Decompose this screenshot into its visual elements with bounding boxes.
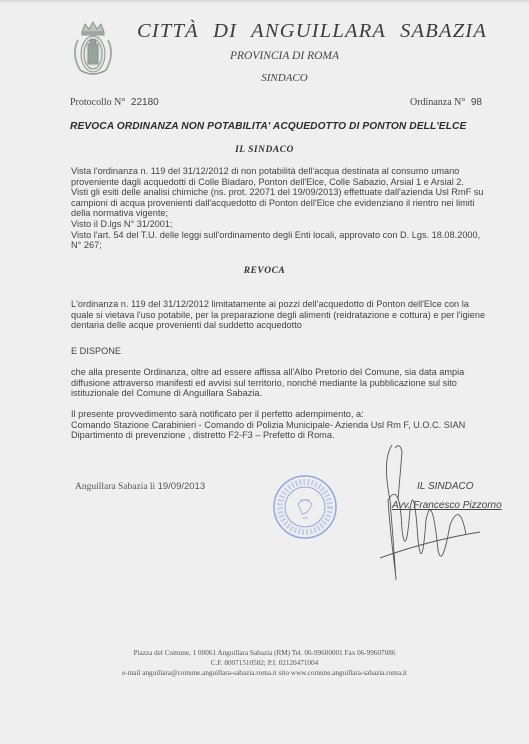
coat-of-arms-icon (68, 20, 118, 78)
date: 19/09/2013 (158, 481, 206, 492)
protocollo-number: 22180 (131, 97, 159, 108)
premise-3: Visto il D.lgs N° 31/2001; (71, 219, 491, 230)
footer-address: Piazza del Comune, 1 00061 Anguillara Sa… (0, 648, 529, 658)
province-name: PROVINCIA DI ROMA (0, 50, 529, 62)
premise-1: Vista l'ordinanza n. 119 del 31/12/2012 … (71, 166, 491, 187)
il-sindaco-heading: IL SINDACO (0, 145, 529, 155)
footer-tax-ids: C.F. 80071510582; P.I. 02120471004 (0, 658, 529, 668)
official-stamp-icon (272, 474, 338, 540)
revoca-heading: REVOCA (0, 266, 529, 276)
signature-icon (380, 440, 490, 585)
footer-contacts: e-mail anguillara@comune.anguillara-saba… (0, 668, 529, 678)
dispone-text: che alla presente Ordinanza, oltre ad es… (71, 367, 491, 399)
dispone-heading: E DISPONE (71, 346, 491, 357)
protocollo-label: Protocollo N° (70, 97, 125, 108)
place-label: Anguillara Sabazia lì (75, 482, 155, 492)
ordinanza-number: 98 (471, 97, 482, 108)
premises: Vista l'ordinanza n. 119 del 31/12/2012 … (71, 166, 491, 251)
notifica-intro: Il presente provvedimento sarà notificat… (71, 409, 491, 420)
ordinanza-label: Ordinanza N° (410, 97, 465, 108)
ordinanza: Ordinanza N° 98 (410, 97, 482, 108)
revoca-text: L'ordinanza n. 119 del 31/12/2012 limita… (71, 299, 491, 331)
place-date: Anguillara Sabazia lì 19/09/2013 (75, 481, 205, 492)
premise-4: Visto l'art. 54 del T.U. delle leggi sul… (71, 230, 491, 251)
office-name: SINDACO (0, 72, 529, 84)
notifica-recipients: Comando Stazione Carabinieri - Comando d… (71, 420, 491, 441)
protocollo: Protocollo N° 22180 (70, 97, 159, 108)
document-page: CITTÀ DI ANGUILLARA SABAZIA PROVINCIA DI… (0, 0, 529, 744)
footer: Piazza del Comune, 1 00061 Anguillara Sa… (0, 648, 529, 678)
city-name: CITTÀ DI ANGUILLARA SABAZIA (137, 20, 487, 43)
premise-2: Visti gli esiti delle analisi chimiche (… (71, 187, 491, 219)
document-title: REVOCA ORDINANZA NON POTABILITA' ACQUEDO… (70, 121, 466, 132)
scan-edge (0, 0, 529, 4)
notifica: Il presente provvedimento sarà notificat… (71, 409, 491, 441)
